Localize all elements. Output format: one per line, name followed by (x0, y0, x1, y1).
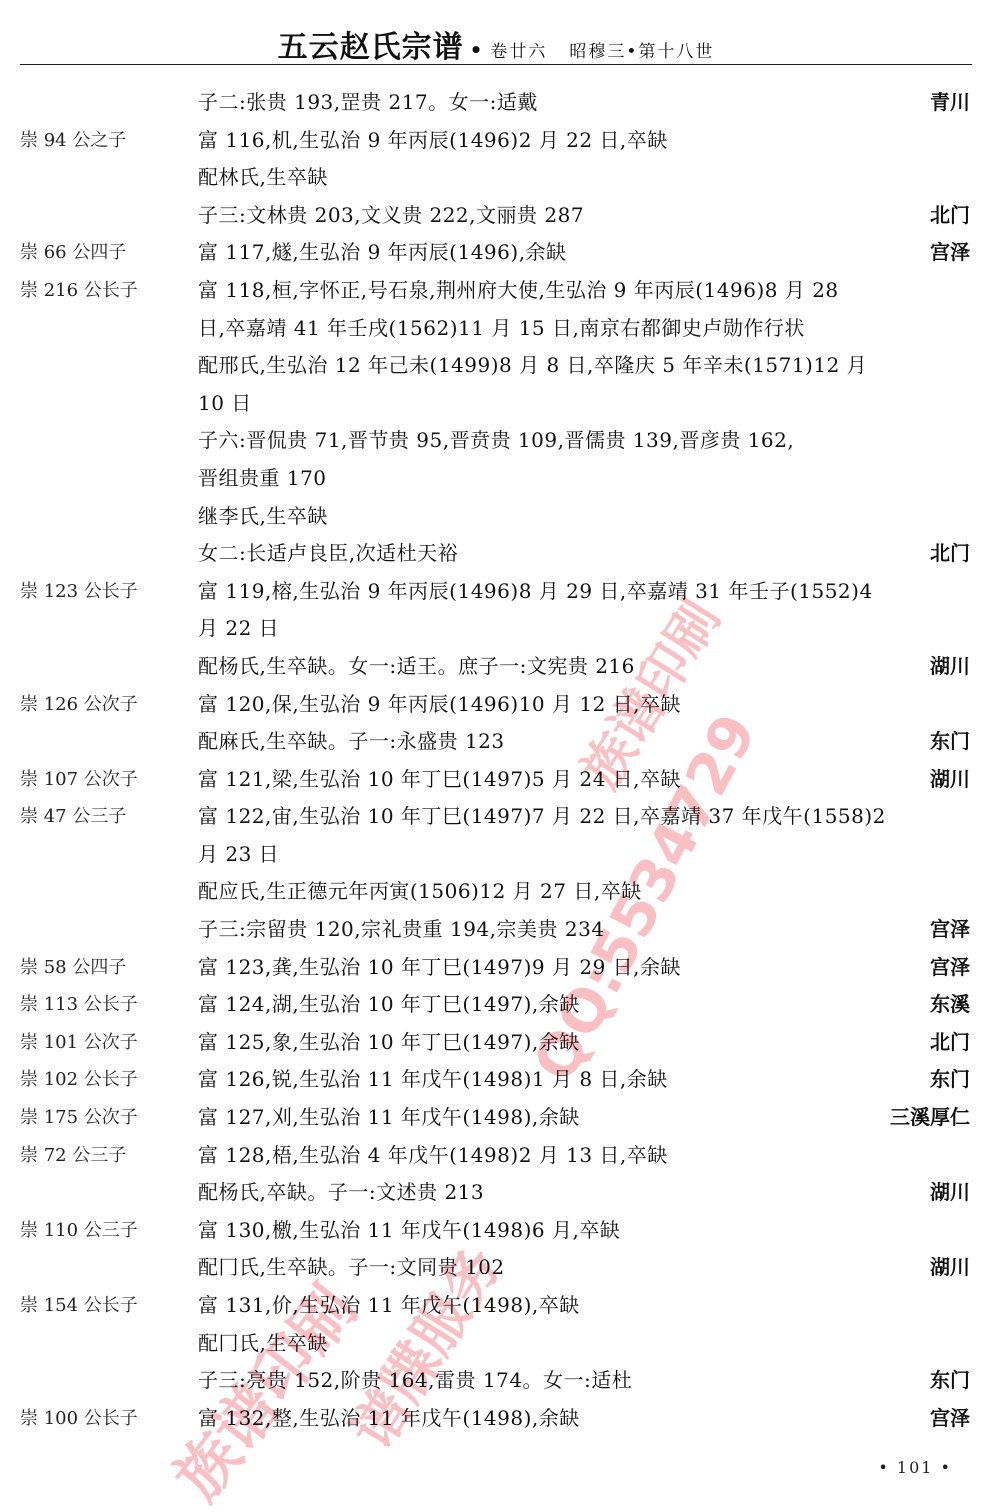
entry-line: 配麻氏,生卒缺。子一:永盛贵 123东门 (0, 723, 992, 761)
parent-label: 崇 123 公长子 (20, 573, 138, 611)
book-title: 五云赵氏宗谱 (278, 30, 464, 65)
parent-label: 崇 58 公四子 (20, 949, 126, 987)
entry-line: 女二:长适卢良臣,次适杜天裕北门 (0, 535, 992, 573)
entry-text: 月 22 日 (198, 610, 279, 648)
entry-line: 子三:宗留贵 120,宗礼贵重 194,宗美贵 234宫泽 (0, 911, 992, 949)
residence-place: 北门 (930, 1024, 970, 1062)
entry-text: 晋组贵重 170 (198, 460, 327, 498)
parent-label: 崇 101 公次子 (20, 1024, 138, 1062)
residence-place: 东溪 (930, 986, 970, 1024)
entry-text: 富 128,梧,生弘治 4 年戊午(1498)2 月 13 日,卒缺 (198, 1137, 668, 1175)
header-rule (20, 64, 972, 65)
entry-line: 崇 94 公之子富 116,机,生弘治 9 年丙辰(1496)2 月 22 日,… (0, 122, 992, 160)
entry-text: 子三:宗留贵 120,宗礼贵重 194,宗美贵 234 (198, 911, 605, 949)
entry-line: 崇 216 公长子富 118,桓,字怀正,号石泉,荆州府大使,生弘治 9 年丙辰… (0, 272, 992, 310)
parent-label: 崇 72 公三子 (20, 1137, 126, 1175)
entry-text: 富 132,整,生弘治 11 年戊午(1498),余缺 (198, 1400, 580, 1438)
entry-line: 崇 47 公三子富 122,宙,生弘治 10 年丁巳(1497)7 月 22 日… (0, 798, 992, 836)
parent-label: 崇 107 公次子 (20, 761, 138, 799)
entry-line: 崇 58 公四子富 123,龚,生弘治 10 年丁巳(1497)9 月 29 日… (0, 949, 992, 987)
entry-text: 配冂氏,生卒缺 (198, 1325, 328, 1363)
parent-label: 崇 154 公长子 (20, 1287, 138, 1325)
entry-line: 崇 110 公三子富 130,檄,生弘治 11 年戊午(1498)6 月,卒缺 (0, 1212, 992, 1250)
entry-line: 崇 66 公四子富 117,燧,生弘治 9 年丙辰(1496),余缺宫泽 (0, 234, 992, 272)
entry-text: 富 116,机,生弘治 9 年丙辰(1496)2 月 22 日,卒缺 (198, 122, 668, 160)
residence-place: 湖川 (930, 648, 970, 686)
entry-line: 崇 113 公长子富 124,湖,生弘治 10 年丁巳(1497),余缺东溪 (0, 986, 992, 1024)
entry-line: 继李氏,生卒缺 (0, 498, 992, 536)
entry-text: 配邢氏,生弘治 12 年己未(1499)8 月 8 日,卒隆庆 5 年辛未(15… (198, 347, 867, 385)
entry-line: 崇 123 公长子富 119,榕,生弘治 9 年丙辰(1496)8 月 29 日… (0, 573, 992, 611)
residence-place: 湖川 (930, 761, 970, 799)
page-header: 五云赵氏宗谱•卷廿六昭穆三•第十八世 (0, 22, 992, 66)
residence-place: 宫泽 (930, 949, 970, 987)
volume-label: 卷廿六 (490, 42, 547, 62)
entry-text: 子三:亮贵 152,阶贵 164,雷贵 174。女一:适杜 (198, 1362, 632, 1400)
entry-line: 崇 154 公长子富 131,价,生弘治 11 年戊午(1498),卒缺 (0, 1287, 992, 1325)
entry-line: 崇 101 公次子富 125,象,生弘治 10 年丁巳(1497),余缺北门 (0, 1024, 992, 1062)
entry-text: 配麻氏,生卒缺。子一:永盛贵 123 (198, 723, 505, 761)
entry-text: 子六:晋侃贵 71,晋节贵 95,晋贲贵 109,晋儒贵 139,晋彦贵 162… (198, 422, 794, 460)
entry-line: 配应氏,生正德元年丙寅(1506)12 月 27 日,卒缺 (0, 873, 992, 911)
residence-place: 三溪厚仁 (890, 1099, 970, 1137)
entry-text: 富 118,桓,字怀正,号石泉,荆州府大使,生弘治 9 年丙辰(1496)8 月… (198, 272, 839, 310)
parent-label: 崇 66 公四子 (20, 234, 126, 272)
residence-place: 湖川 (930, 1174, 970, 1212)
entry-line: 子三:亮贵 152,阶贵 164,雷贵 174。女一:适杜东门 (0, 1362, 992, 1400)
entry-text: 日,卒嘉靖 41 年壬戌(1562)11 月 15 日,南京右都御史卢勋作行状 (198, 310, 805, 348)
entry-line: 日,卒嘉靖 41 年壬戌(1562)11 月 15 日,南京右都御史卢勋作行状 (0, 310, 992, 348)
parent-label: 崇 94 公之子 (20, 122, 126, 160)
entry-text: 继李氏,生卒缺 (198, 498, 328, 536)
entry-text: 女二:长适卢良臣,次适杜天裕 (198, 535, 458, 573)
entry-text: 富 121,梁,生弘治 10 年丁巳(1497)5 月 24 日,卒缺 (198, 761, 681, 799)
parent-label: 崇 126 公次子 (20, 686, 138, 724)
residence-place: 北门 (930, 535, 970, 573)
entry-text: 子三:文林贵 203,文义贵 222,文丽贵 287 (198, 197, 584, 235)
entry-text: 富 117,燧,生弘治 9 年丙辰(1496),余缺 (198, 234, 567, 272)
entry-line: 崇 72 公三子富 128,梧,生弘治 4 年戊午(1498)2 月 13 日,… (0, 1137, 992, 1175)
entry-line: 崇 102 公长子富 126,锐,生弘治 11 年戊午(1498)1 月 8 日… (0, 1061, 992, 1099)
residence-place: 宫泽 (930, 234, 970, 272)
parent-label: 崇 113 公长子 (20, 986, 138, 1024)
entry-text: 富 125,象,生弘治 10 年丁巳(1497),余缺 (198, 1024, 580, 1062)
entry-line: 崇 107 公次子富 121,梁,生弘治 10 年丁巳(1497)5 月 24 … (0, 761, 992, 799)
entry-line: 子二:张贵 193,罡贵 217。女一:适戴青川 (0, 84, 992, 122)
parent-label: 崇 175 公次子 (20, 1099, 138, 1137)
entry-line: 子六:晋侃贵 71,晋节贵 95,晋贲贵 109,晋儒贵 139,晋彦贵 162… (0, 422, 992, 460)
entry-text: 富 127,刈,生弘治 11 年戊午(1498),余缺 (198, 1099, 580, 1137)
entry-text: 富 119,榕,生弘治 9 年丙辰(1496)8 月 29 日,卒嘉靖 31 年… (198, 573, 873, 611)
section-label: 昭穆三 (569, 42, 626, 62)
entry-text: 配冂氏,生卒缺。子一:文同贵 102 (198, 1249, 505, 1287)
entry-line: 10 日 (0, 385, 992, 423)
section-separator: • (626, 42, 638, 62)
entry-text: 富 123,龚,生弘治 10 年丁巳(1497)9 月 29 日,余缺 (198, 949, 681, 987)
entry-text: 配杨氏,生卒缺。女一:适王。庶子一:文宪贵 216 (198, 648, 635, 686)
entry-line: 配冂氏,生卒缺。子一:文同贵 102湖川 (0, 1249, 992, 1287)
entry-line: 崇 175 公次子富 127,刈,生弘治 11 年戊午(1498),余缺三溪厚仁 (0, 1099, 992, 1137)
entry-text: 配杨氏,卒缺。子一:文述贵 213 (198, 1174, 484, 1212)
residence-place: 东门 (930, 1362, 970, 1400)
residence-place: 宫泽 (930, 1400, 970, 1438)
entry-text: 配林氏,生卒缺 (198, 159, 328, 197)
entry-line: 崇 126 公次子富 120,保,生弘治 9 年丙辰(1496)10 月 12 … (0, 686, 992, 724)
entry-line: 崇 100 公长子富 132,整,生弘治 11 年戊午(1498),余缺宫泽 (0, 1400, 992, 1438)
entry-line: 配邢氏,生弘治 12 年己未(1499)8 月 8 日,卒隆庆 5 年辛未(15… (0, 347, 992, 385)
entry-line: 配杨氏,卒缺。子一:文述贵 213湖川 (0, 1174, 992, 1212)
parent-label: 崇 100 公长子 (20, 1400, 138, 1438)
entry-line: 配杨氏,生卒缺。女一:适王。庶子一:文宪贵 216湖川 (0, 648, 992, 686)
entry-text: 富 124,湖,生弘治 10 年丁巳(1497),余缺 (198, 986, 580, 1024)
parent-label: 崇 102 公长子 (20, 1061, 138, 1099)
entry-line: 配林氏,生卒缺 (0, 159, 992, 197)
entry-line: 配冂氏,生卒缺 (0, 1325, 992, 1363)
entry-line: 月 22 日 (0, 610, 992, 648)
residence-place: 宫泽 (930, 911, 970, 949)
residence-place: 北门 (930, 197, 970, 235)
parent-label: 崇 47 公三子 (20, 798, 126, 836)
entry-text: 富 122,宙,生弘治 10 年丁巳(1497)7 月 22 日,卒嘉靖 37 … (198, 798, 886, 836)
entry-text: 10 日 (198, 385, 252, 423)
entry-text: 月 23 日 (198, 836, 279, 874)
entry-text: 富 131,价,生弘治 11 年戊午(1498),卒缺 (198, 1287, 580, 1325)
entry-text: 富 120,保,生弘治 9 年丙辰(1496)10 月 12 日,卒缺 (198, 686, 681, 724)
residence-place: 东门 (930, 723, 970, 761)
residence-place: 东门 (930, 1061, 970, 1099)
parent-label: 崇 216 公长子 (20, 272, 138, 310)
entry-line: 晋组贵重 170 (0, 460, 992, 498)
entry-text: 富 130,檄,生弘治 11 年戊午(1498)6 月,卒缺 (198, 1212, 620, 1250)
residence-place: 青川 (930, 84, 970, 122)
entry-line: 子三:文林贵 203,文义贵 222,文丽贵 287北门 (0, 197, 992, 235)
residence-place: 湖川 (930, 1249, 970, 1287)
genealogy-entries: 子二:张贵 193,罡贵 217。女一:适戴青川崇 94 公之子富 116,机,… (0, 84, 992, 1437)
page-number: • 101 • (878, 1458, 952, 1477)
title-separator: • (470, 38, 483, 62)
generation-label: 第十八世 (638, 42, 714, 62)
entry-line: 月 23 日 (0, 836, 992, 874)
entry-text: 子二:张贵 193,罡贵 217。女一:适戴 (198, 84, 538, 122)
entry-text: 配应氏,生正德元年丙寅(1506)12 月 27 日,卒缺 (198, 873, 642, 911)
parent-label: 崇 110 公三子 (20, 1212, 138, 1250)
entry-text: 富 126,锐,生弘治 11 年戊午(1498)1 月 8 日,余缺 (198, 1061, 668, 1099)
